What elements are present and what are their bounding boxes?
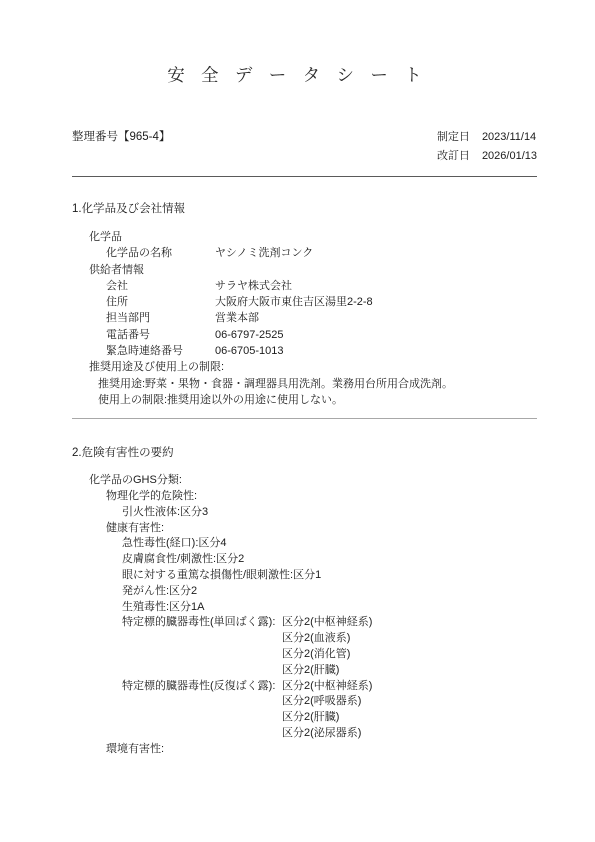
emergency-phone-label: 緊急時連絡番号: [106, 343, 215, 359]
established-date-row: 制定日 2023/11/14: [437, 128, 537, 147]
supplier-group-label: 供給者情報: [89, 262, 595, 278]
sds-page: 安 全 デ ー タ シ ー ト 整理番号【965-4】 制定日 2023/11/…: [0, 0, 595, 842]
section2-heading: 2.危険有害性の要約: [72, 445, 595, 461]
stot-repeated-exposure-label: 特定標的臓器毒性(反復ばく露):: [122, 679, 282, 742]
section-divider: [72, 418, 537, 419]
health-hazards-heading: 健康有害性:: [106, 521, 595, 537]
physical-hazards-heading: 物理化学的危険性:: [106, 489, 595, 505]
stot-repeated-value: 区分2(中枢神経系): [282, 679, 372, 695]
chemical-name-row: 化学品の名称 ヤシノミ洗剤コンク: [106, 245, 595, 261]
supplier-row-company: 会社 サラヤ株式会社: [106, 278, 595, 294]
document-number: 整理番号【965-4】: [72, 128, 170, 147]
address-value: 大阪府大阪市東住吉区湯里2-2-8: [215, 294, 373, 310]
carcinogenicity-item: 発がん性:区分2: [122, 584, 595, 600]
flammable-liquid-item: 引火性液体:区分3: [122, 505, 595, 521]
stot-single-value: 区分2(中枢神経系): [282, 615, 372, 631]
acute-toxicity-item: 急性毒性(経口):区分4: [122, 536, 595, 552]
chemical-name-label: 化学品の名称: [106, 245, 215, 261]
stot-single-exposure-values: 区分2(中枢神経系) 区分2(血液系) 区分2(消化管) 区分2(肝臓): [282, 615, 372, 678]
stot-repeated-value: 区分2(呼吸器系): [282, 694, 372, 710]
stot-single-value: 区分2(消化管): [282, 647, 372, 663]
stot-repeated-value: 区分2(泌尿器系): [282, 726, 372, 742]
revised-date-label: 改訂日: [437, 147, 470, 166]
revised-date-value: 2026/01/13: [482, 147, 537, 166]
eye-damage-item: 眼に対する重篤な損傷性/眼刺激性:区分1: [122, 568, 595, 584]
chemical-group-label: 化学品: [89, 229, 595, 245]
document-meta: 整理番号【965-4】 制定日 2023/11/14 改訂日 2026/01/1…: [72, 128, 537, 166]
emergency-phone-value: 06-6705-1013: [215, 343, 284, 359]
established-date-label: 制定日: [437, 128, 470, 147]
stot-single-exposure-label: 特定標的臓器毒性(単回ばく露):: [122, 615, 282, 678]
skin-corrosion-item: 皮膚腐食性/刺激性:区分2: [122, 552, 595, 568]
stot-single-value: 区分2(肝臓): [282, 663, 372, 679]
date-block: 制定日 2023/11/14 改訂日 2026/01/13: [437, 128, 537, 166]
header-divider: [72, 176, 537, 177]
use-restriction-line: 使用上の制限:推奨用途以外の用途に使用しない。: [98, 392, 595, 408]
department-value: 営業本部: [215, 310, 259, 326]
supplier-row-department: 担当部門 営業本部: [106, 310, 595, 326]
phone-label: 電話番号: [106, 327, 215, 343]
stot-single-value: 区分2(血液系): [282, 631, 372, 647]
environmental-hazards-heading: 環境有害性:: [106, 742, 595, 758]
address-label: 住所: [106, 294, 215, 310]
section1-body: 化学品 化学品の名称 ヤシノミ洗剤コンク 供給者情報 会社 サラヤ株式会社 住所…: [72, 229, 595, 408]
supplier-row-address: 住所 大阪府大阪市東住吉区湯里2-2-8: [106, 294, 595, 310]
company-label: 会社: [106, 278, 215, 294]
section1-heading: 1.化学品及び会社情報: [72, 201, 595, 217]
stot-single-exposure-row: 特定標的臓器毒性(単回ばく露): 区分2(中枢神経系) 区分2(血液系) 区分2…: [122, 615, 595, 678]
supplier-row-emergency-phone: 緊急時連絡番号 06-6705-1013: [106, 343, 595, 359]
stot-repeated-exposure-row: 特定標的臓器毒性(反復ばく露): 区分2(中枢神経系) 区分2(呼吸器系) 区分…: [122, 679, 595, 742]
ghs-classification-heading: 化学品のGHS分類:: [89, 473, 595, 489]
company-value: サラヤ株式会社: [215, 278, 292, 294]
established-date-value: 2023/11/14: [482, 128, 536, 147]
reproductive-toxicity-item: 生殖毒性:区分1A: [122, 600, 595, 616]
recommended-use-line: 推奨用途:野菜・果物・食器・調理器具用洗剤。業務用台所用合成洗剤。: [98, 376, 595, 392]
revised-date-row: 改訂日 2026/01/13: [437, 147, 537, 166]
chemical-name-value: ヤシノミ洗剤コンク: [215, 245, 313, 261]
section2-body: 化学品のGHS分類: 物理化学的危険性: 引火性液体:区分3 健康有害性: 急性…: [72, 473, 595, 757]
use-restriction-heading: 推奨用途及び使用上の制限:: [89, 359, 595, 375]
phone-value: 06-6797-2525: [215, 327, 284, 343]
department-label: 担当部門: [106, 310, 215, 326]
document-title: 安 全 デ ー タ シ ー ト: [0, 62, 595, 88]
supplier-row-phone: 電話番号 06-6797-2525: [106, 327, 595, 343]
stot-repeated-value: 区分2(肝臓): [282, 710, 372, 726]
stot-repeated-exposure-values: 区分2(中枢神経系) 区分2(呼吸器系) 区分2(肝臓) 区分2(泌尿器系): [282, 679, 372, 742]
